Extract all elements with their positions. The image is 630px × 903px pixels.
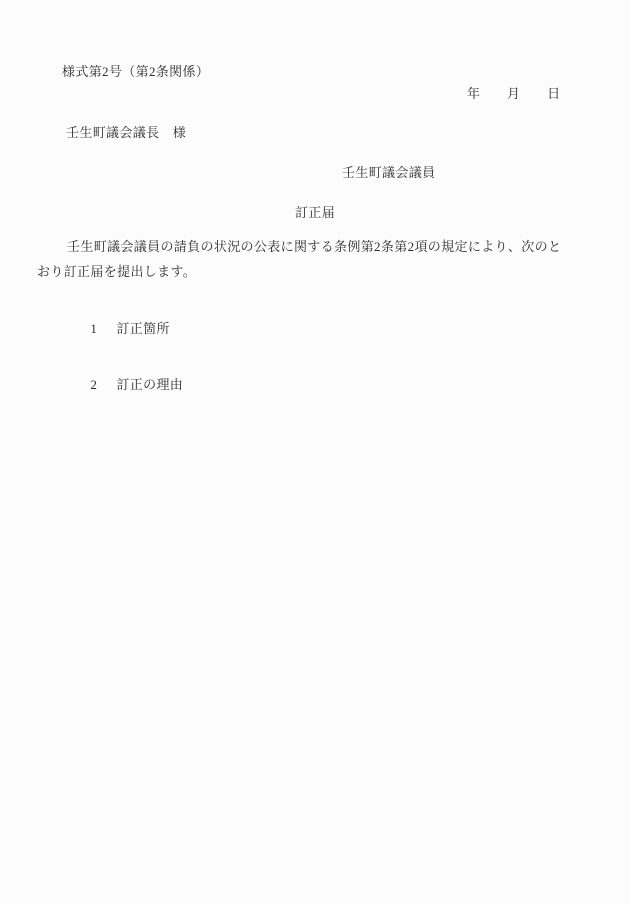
document-title: 訂正届 [295,206,335,219]
item-2-label: 訂正の理由 [116,377,183,392]
addressee-line: 壬生町議会議長 様 [66,126,186,139]
date-line: 年 月 日 [467,87,560,100]
list-item-correction-reason: 2訂正の理由 [76,365,183,404]
item-1-number: 1 [90,322,116,335]
item-1-label: 訂正箇所 [116,321,169,336]
form-number: 様式第2号（第2条関係） [62,65,209,78]
body-paragraph-line-2: おり訂正届を提出します。 [37,265,196,278]
member-title-line: 壬生町議会議員 [342,166,435,179]
list-item-correction-location: 1訂正箇所 [76,309,170,348]
body-paragraph-line-1: 壬生町議会議員の請負の状況の公表に関する条例第2条第2項の規定により、次のと [67,240,561,253]
document-page: 様式第2号（第2条関係） 年 月 日 壬生町議会議長 様 壬生町議会議員 訂正届… [0,0,630,903]
item-2-number: 2 [90,378,116,391]
